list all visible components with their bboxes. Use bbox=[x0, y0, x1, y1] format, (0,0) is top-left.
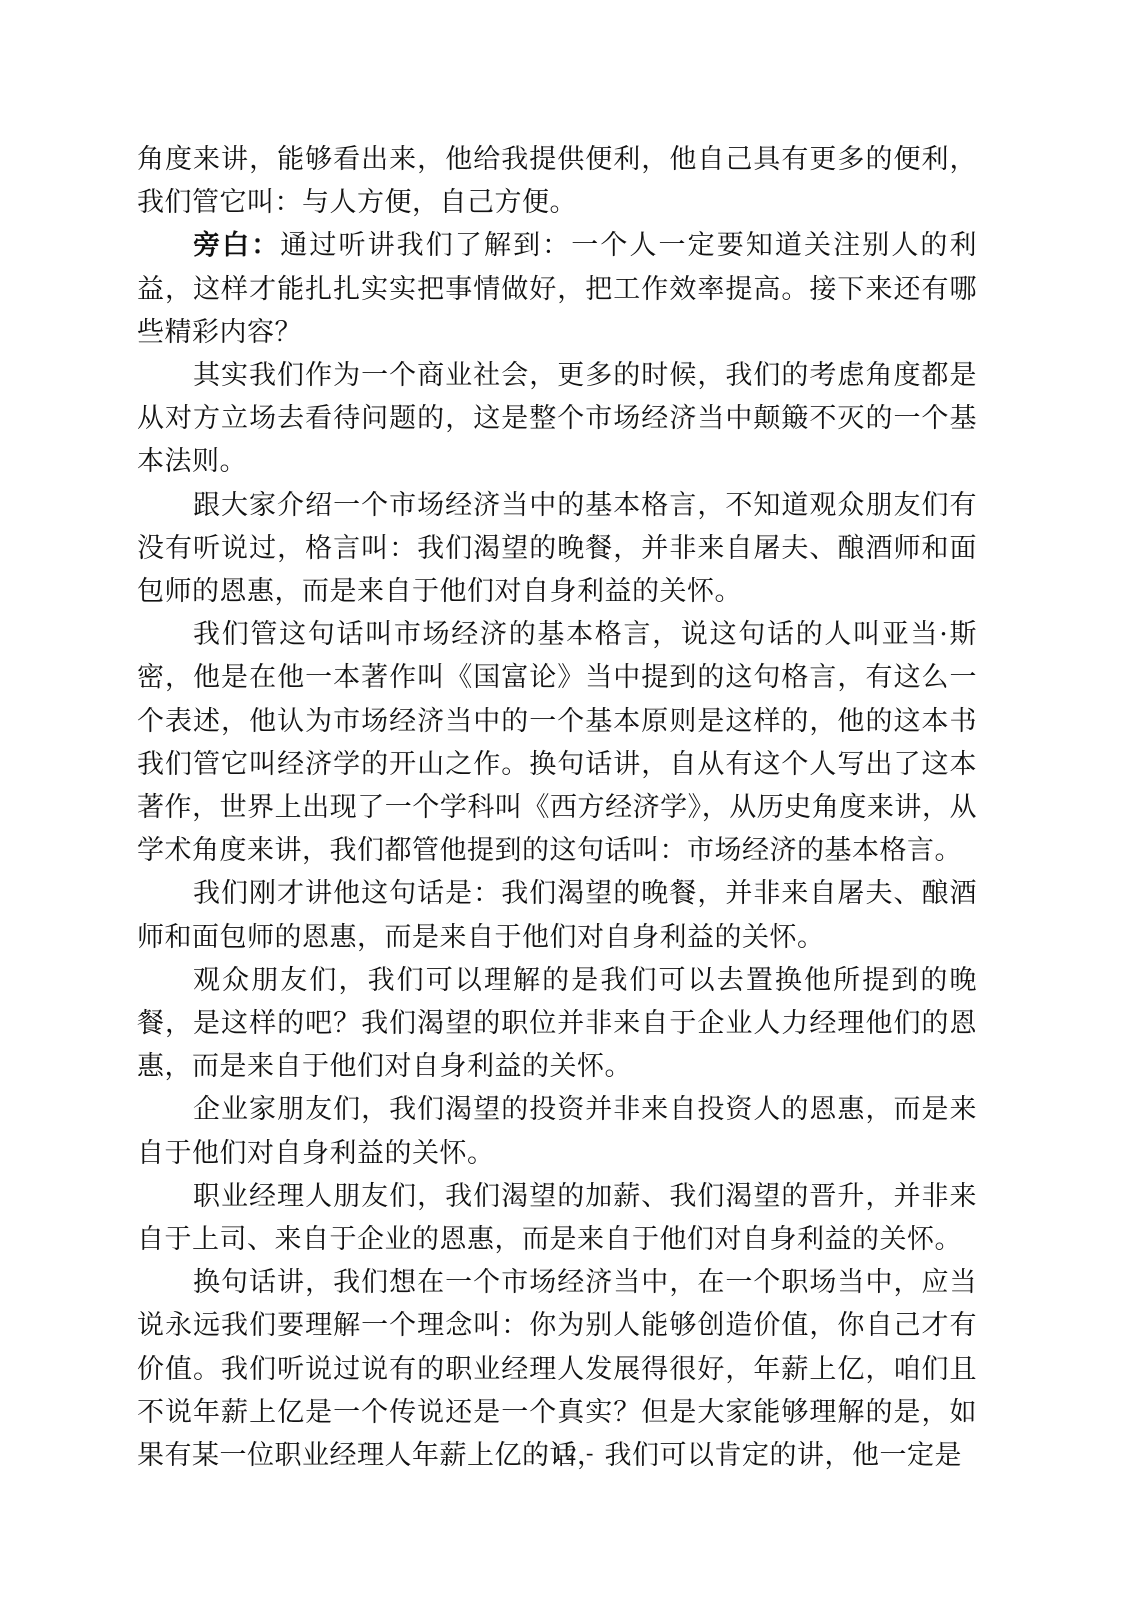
paragraph-narrator: 旁白：通过听讲我们了解到：一个人一定要知道关注别人的利益，这样才能扎扎实实把事情… bbox=[137, 224, 977, 354]
document-body: 角度来讲，能够看出来，他给我提供便利，他自己具有更多的便利，我们管它叫：与人方便… bbox=[137, 138, 977, 1477]
paragraph-text: 我们刚才讲他这句话是：我们渴望的晚餐，并非来自屠夫、酿酒师和面包师的恩惠，而是来… bbox=[137, 878, 977, 952]
paragraph-9: 职业经理人朋友们，我们渴望的加薪、我们渴望的晋升，并非来自于上司、来自于企业的恩… bbox=[137, 1175, 977, 1261]
paragraph-8: 企业家朋友们，我们渴望的投资并非来自投资人的恩惠，而是来自于他们对自身利益的关怀… bbox=[137, 1088, 977, 1174]
paragraph-text: 企业家朋友们，我们渴望的投资并非来自投资人的恩惠，而是来自于他们对自身利益的关怀… bbox=[137, 1094, 977, 1168]
paragraph-6: 我们刚才讲他这句话是：我们渴望的晚餐，并非来自屠夫、酿酒师和面包师的恩惠，而是来… bbox=[137, 872, 977, 958]
paragraph-text: 其实我们作为一个商业社会，更多的时候，我们的考虑角度都是从对方立场去看待问题的，… bbox=[137, 360, 977, 477]
paragraph-text: 我们管这句话叫市场经济的基本格言，说这句话的人叫亚当·斯密，他是在他一本著作叫《… bbox=[137, 619, 977, 866]
paragraph-text: 观众朋友们，我们可以理解的是我们可以去置换他所提到的晚餐，是这样的吧？我们渴望的… bbox=[137, 965, 977, 1082]
paragraph-5: 我们管这句话叫市场经济的基本格言，说这句话的人叫亚当·斯密，他是在他一本著作叫《… bbox=[137, 613, 977, 872]
paragraph-1: 角度来讲，能够看出来，他给我提供便利，他自己具有更多的便利，我们管它叫：与人方便… bbox=[137, 138, 977, 224]
paragraph-4: 跟大家介绍一个市场经济当中的基本格言，不知道观众朋友们有没有听说过，格言叫：我们… bbox=[137, 484, 977, 614]
page-number: - 12 - bbox=[0, 1440, 1131, 1466]
paragraph-7: 观众朋友们，我们可以理解的是我们可以去置换他所提到的晚餐，是这样的吧？我们渴望的… bbox=[137, 959, 977, 1089]
paragraph-text: 跟大家介绍一个市场经济当中的基本格言，不知道观众朋友们有没有听说过，格言叫：我们… bbox=[137, 490, 977, 607]
speaker-label: 旁白： bbox=[193, 230, 280, 261]
paragraph-3: 其实我们作为一个商业社会，更多的时候，我们的考虑角度都是从对方立场去看待问题的，… bbox=[137, 354, 977, 484]
paragraph-text: 角度来讲，能够看出来，他给我提供便利，他自己具有更多的便利，我们管它叫：与人方便… bbox=[137, 144, 977, 218]
paragraph-text: 职业经理人朋友们，我们渴望的加薪、我们渴望的晋升，并非来自于上司、来自于企业的恩… bbox=[137, 1181, 977, 1255]
